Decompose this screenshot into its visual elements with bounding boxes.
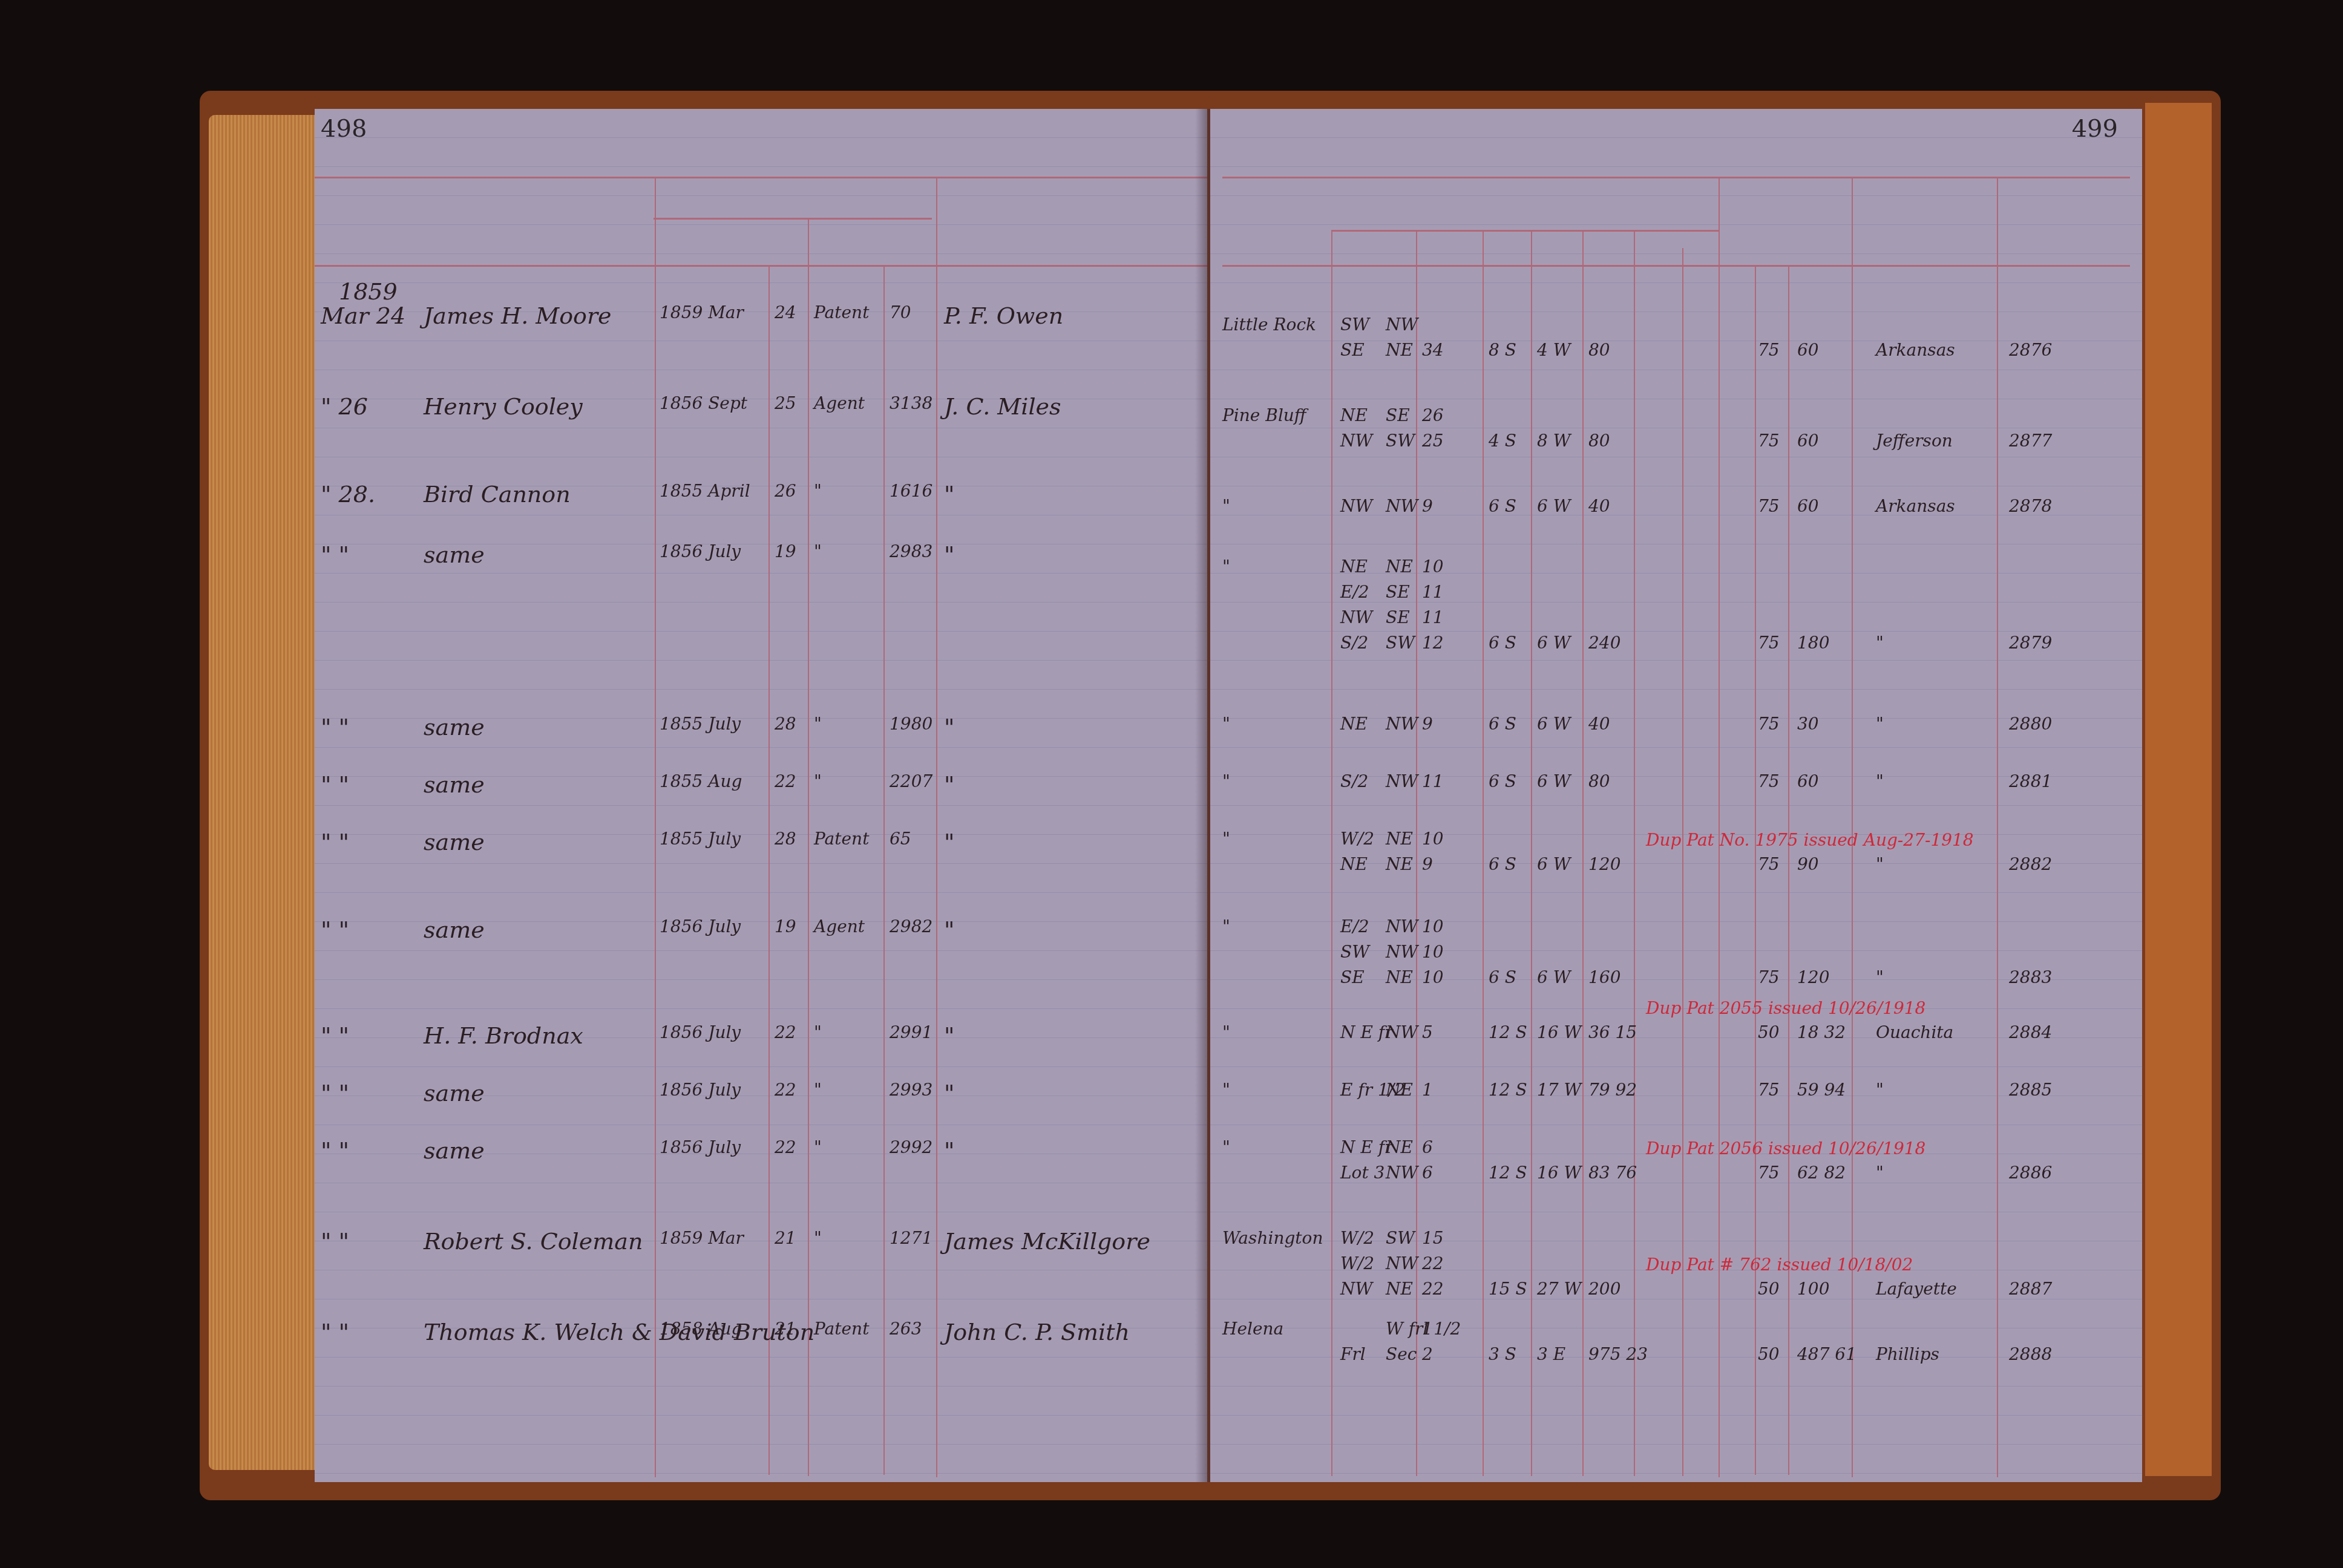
part-of-quarter: NW xyxy=(1340,1279,1372,1299)
acres: 80 xyxy=(1588,340,1610,360)
township: 12 S xyxy=(1489,1080,1527,1100)
quarter: SE xyxy=(1386,582,1410,602)
entry-day: 28 xyxy=(775,714,796,734)
land-office: Pine Bluff xyxy=(1222,405,1306,425)
duplicate-patent-note: Dup Pat 2055 issued 10/26/1918 xyxy=(1646,998,1925,1018)
amount: 18 32 xyxy=(1797,1022,1846,1042)
quarter: NE xyxy=(1386,557,1413,577)
range: 6 W xyxy=(1537,496,1571,516)
entry-date: " " xyxy=(321,1080,349,1106)
entry-number: 3138 xyxy=(890,393,932,413)
entry-number: 2982 xyxy=(890,916,932,936)
part-of-quarter: S/2 xyxy=(1340,771,1368,791)
certificate-number: 2886 xyxy=(2009,1163,2052,1183)
county: " xyxy=(1876,771,1884,791)
section: 10 xyxy=(1422,942,1444,962)
amount: 100 xyxy=(1797,1279,1829,1299)
entry-number: 2207 xyxy=(890,771,932,791)
section: 6 xyxy=(1422,1137,1433,1157)
section: 5 xyxy=(1422,1022,1433,1042)
column-rule xyxy=(1719,177,1720,1477)
entry-number: 1271 xyxy=(890,1228,932,1248)
certificate-number: 2879 xyxy=(2009,633,2052,653)
range: 27 W xyxy=(1537,1279,1581,1299)
range: 6 W xyxy=(1537,854,1571,874)
acres: 200 xyxy=(1588,1279,1620,1299)
entry-number: 65 xyxy=(890,829,911,849)
amount: 90 xyxy=(1797,854,1819,874)
certificate-number: 2883 xyxy=(2009,967,2052,987)
section: 9 xyxy=(1422,854,1433,874)
quarter: NW xyxy=(1386,1022,1418,1042)
acres: 83 76 xyxy=(1588,1163,1637,1183)
quarter: NW xyxy=(1386,1253,1418,1273)
quarter: NE xyxy=(1386,967,1413,987)
entrant-name: same xyxy=(424,1137,485,1164)
certificate-number: 2887 xyxy=(2009,1279,2052,1299)
agent-name: J. C. Miles xyxy=(944,393,1061,420)
rate-cents: 75 xyxy=(1758,967,1780,987)
column-rule xyxy=(808,218,809,1476)
part-of-quarter: E/2 xyxy=(1340,916,1369,936)
column-rule xyxy=(1331,230,1332,1476)
column-rule xyxy=(1483,230,1484,1476)
entrant-name: same xyxy=(424,541,485,568)
county: Jefferson xyxy=(1876,431,1953,451)
township: 8 S xyxy=(1489,340,1516,360)
entrant-name: Robert S. Coleman xyxy=(424,1228,643,1255)
section: 26 xyxy=(1422,405,1444,425)
part-of-quarter: NW xyxy=(1340,607,1372,627)
township: 6 S xyxy=(1489,967,1516,987)
entrant-name: same xyxy=(424,829,485,855)
part-of-quarter: W/2 xyxy=(1340,1228,1374,1248)
quarter: NW xyxy=(1386,315,1418,335)
township: 12 S xyxy=(1489,1022,1527,1042)
township: 12 S xyxy=(1489,1163,1527,1183)
entry-day: 21 xyxy=(775,1319,796,1339)
entry-day: 28 xyxy=(775,829,796,849)
column-rule xyxy=(936,177,937,1477)
entrant-name: Thomas K. Welch & David Bruton xyxy=(424,1319,814,1345)
rate-cents: 75 xyxy=(1758,496,1780,516)
entry-date: " " xyxy=(321,829,349,855)
county: " xyxy=(1876,854,1884,874)
section: 22 xyxy=(1422,1253,1444,1273)
entry-year-month: 1856 July xyxy=(660,1080,741,1100)
range: 17 W xyxy=(1537,1080,1581,1100)
range: 16 W xyxy=(1537,1163,1581,1183)
entry-kind: " xyxy=(814,481,822,501)
agent-name: James McKillgore xyxy=(944,1228,1150,1255)
entry-kind: Patent xyxy=(814,1319,869,1339)
entry-date: " " xyxy=(321,1228,349,1255)
entry-kind: " xyxy=(814,541,822,561)
amount: 60 xyxy=(1797,431,1819,451)
entry-kind: Agent xyxy=(814,916,865,936)
entry-year-month: 1859 Mar xyxy=(660,302,744,322)
section: 15 xyxy=(1422,1228,1444,1248)
part-of-quarter: NE xyxy=(1340,714,1368,734)
section: 10 xyxy=(1422,557,1444,577)
part-of-quarter: SW xyxy=(1340,315,1369,335)
column-rule xyxy=(1788,265,1789,1475)
quarter: NE xyxy=(1386,1137,1413,1157)
amount: 62 82 xyxy=(1797,1163,1846,1183)
quarter: NE xyxy=(1386,1279,1413,1299)
rate-cents: 75 xyxy=(1758,771,1780,791)
part-of-quarter: NE xyxy=(1340,405,1368,425)
county: Ouachita xyxy=(1876,1022,1953,1042)
quarter: Sec xyxy=(1386,1344,1417,1364)
header-rule xyxy=(1331,230,1719,232)
entry-date: " 26 xyxy=(321,393,368,420)
column-rule xyxy=(883,265,885,1475)
entry-day: 25 xyxy=(775,393,796,413)
acres: 120 xyxy=(1588,854,1620,874)
entry-kind: Agent xyxy=(814,393,865,413)
quarter: SE xyxy=(1386,607,1410,627)
entry-date: " " xyxy=(321,1319,349,1345)
entry-day: 26 xyxy=(775,481,796,501)
part-of-quarter: NE xyxy=(1340,557,1368,577)
range: 3 E xyxy=(1537,1344,1565,1364)
entry-number: 70 xyxy=(890,302,911,322)
entry-year-month: 1859 Mar xyxy=(660,1228,744,1248)
entry-year-month: 1856 July xyxy=(660,541,741,561)
part-of-quarter: SE xyxy=(1340,340,1365,360)
land-office: Helena xyxy=(1222,1319,1283,1339)
entrant-name: Henry Cooley xyxy=(424,393,583,420)
range: 16 W xyxy=(1537,1022,1581,1042)
quarter: NW xyxy=(1386,771,1418,791)
rate-cents: 75 xyxy=(1758,340,1780,360)
amount: 120 xyxy=(1797,967,1829,987)
entry-date: " " xyxy=(321,714,349,740)
township: 4 S xyxy=(1489,431,1516,451)
entry-kind: " xyxy=(814,1137,822,1157)
part-of-quarter: NE xyxy=(1340,854,1368,874)
part-of-quarter: Frl xyxy=(1340,1344,1366,1364)
entrant-name: same xyxy=(424,916,485,943)
amount: 60 xyxy=(1797,771,1819,791)
land-office: " xyxy=(1222,714,1230,734)
land-office: " xyxy=(1222,557,1230,577)
agent-name: " xyxy=(944,1080,954,1106)
section: 9 xyxy=(1422,714,1433,734)
agent-name: " xyxy=(944,771,954,798)
agent-name: P. F. Owen xyxy=(944,302,1063,329)
certificate-number: 2888 xyxy=(2009,1344,2052,1364)
entry-day: 22 xyxy=(775,1022,796,1042)
county: " xyxy=(1876,1163,1884,1183)
duplicate-patent-note: Dup Pat # 762 issued 10/18/02 xyxy=(1646,1255,1913,1275)
entrant-name: same xyxy=(424,771,485,798)
header-rule xyxy=(654,218,932,220)
entry-year-month: 1856 July xyxy=(660,1022,741,1042)
certificate-number: 2877 xyxy=(2009,431,2052,451)
entry-year-month: 1855 July xyxy=(660,714,741,734)
rate-cents: 50 xyxy=(1758,1279,1780,1299)
land-office: " xyxy=(1222,916,1230,936)
section: 6 xyxy=(1422,1163,1433,1183)
certificate-number: 2885 xyxy=(2009,1080,2052,1100)
range: 6 W xyxy=(1537,633,1571,653)
rate-cents: 75 xyxy=(1758,854,1780,874)
entry-day: 22 xyxy=(775,771,796,791)
quarter: SW xyxy=(1386,431,1415,451)
rate-cents: 75 xyxy=(1758,1163,1780,1183)
entry-kind: " xyxy=(814,1022,822,1042)
section: 25 xyxy=(1422,431,1444,451)
range: 6 W xyxy=(1537,771,1571,791)
entrant-name: same xyxy=(424,1080,485,1106)
entrant-name: James H. Moore xyxy=(424,302,612,329)
agent-name: John C. P. Smith xyxy=(944,1319,1130,1345)
page-number: 499 xyxy=(2072,115,2118,143)
quarter: NE xyxy=(1386,829,1413,849)
amount: 59 94 xyxy=(1797,1080,1846,1100)
certificate-number: 2878 xyxy=(2009,496,2052,516)
entry-number: 2983 xyxy=(890,541,932,561)
entry-year-month: 1856 July xyxy=(660,1137,741,1157)
quarter: NE xyxy=(1386,1080,1413,1100)
section: 22 xyxy=(1422,1279,1444,1299)
entry-kind: " xyxy=(814,714,822,734)
agent-name: " xyxy=(944,1137,954,1164)
part-of-quarter: NW xyxy=(1340,431,1372,451)
column-rule xyxy=(1634,230,1635,1476)
rate-cents: 75 xyxy=(1758,714,1780,734)
quarter: NW xyxy=(1386,942,1418,962)
entry-number: 1980 xyxy=(890,714,932,734)
land-office: " xyxy=(1222,771,1230,791)
range: 6 W xyxy=(1537,967,1571,987)
land-office: Washington xyxy=(1222,1228,1323,1248)
duplicate-patent-note: Dup Pat 2056 issued 10/26/1918 xyxy=(1646,1138,1925,1158)
part-of-quarter: SE xyxy=(1340,967,1365,987)
entry-kind: Patent xyxy=(814,829,869,849)
rate-cents: 50 xyxy=(1758,1344,1780,1364)
right-page: 499 Little RockSWNWSENE348 S4 W807560Ark… xyxy=(1210,109,2142,1482)
header-rule xyxy=(315,177,1207,178)
header-rule xyxy=(1222,177,2130,178)
township: 6 S xyxy=(1489,496,1516,516)
certificate-number: 2882 xyxy=(2009,854,2052,874)
section: 10 xyxy=(1422,967,1444,987)
quarter: NW xyxy=(1386,496,1418,516)
section: 10 xyxy=(1422,829,1444,849)
column-rule xyxy=(1852,177,1853,1477)
part-of-quarter: NW xyxy=(1340,496,1372,516)
township: 3 S xyxy=(1489,1344,1516,1364)
section: 12 xyxy=(1422,633,1444,653)
range: 6 W xyxy=(1537,714,1571,734)
entry-number: 2993 xyxy=(890,1080,932,1100)
entry-kind: " xyxy=(814,1228,822,1248)
page-block-edge xyxy=(209,115,330,1470)
county: Arkansas xyxy=(1876,340,1955,360)
township: 6 S xyxy=(1489,854,1516,874)
county: Arkansas xyxy=(1876,496,1955,516)
entry-date: " " xyxy=(321,1137,349,1164)
amount: 180 xyxy=(1797,633,1829,653)
entry-year-month: 1856 July xyxy=(660,916,741,936)
entry-year-month: 1858 Aug xyxy=(660,1319,742,1339)
acres: 40 xyxy=(1588,496,1610,516)
part-of-quarter: E/2 xyxy=(1340,582,1369,602)
certificate-number: 2876 xyxy=(2009,340,2052,360)
certificate-number: 2884 xyxy=(2009,1022,2052,1042)
county: " xyxy=(1876,633,1884,653)
quarter: NW xyxy=(1386,916,1418,936)
entrant-name: same xyxy=(424,714,485,740)
county: " xyxy=(1876,967,1884,987)
amount: 30 xyxy=(1797,714,1819,734)
county: Lafayette xyxy=(1876,1279,1957,1299)
entry-day: 19 xyxy=(775,916,796,936)
quarter: SW xyxy=(1386,633,1415,653)
certificate-number: 2881 xyxy=(2009,771,2052,791)
entry-year-month: 1855 April xyxy=(660,481,750,501)
township: 15 S xyxy=(1489,1279,1527,1299)
acres: 36 15 xyxy=(1588,1022,1637,1042)
entry-year-month: 1855 Aug xyxy=(660,771,742,791)
section: 1 xyxy=(1422,1319,1433,1339)
quarter: NE xyxy=(1386,854,1413,874)
quarter: SE xyxy=(1386,405,1410,425)
part-of-quarter: N E fr xyxy=(1340,1022,1393,1042)
certificate-number: 2880 xyxy=(2009,714,2052,734)
township: 6 S xyxy=(1489,633,1516,653)
land-office: " xyxy=(1222,1137,1230,1157)
township: 6 S xyxy=(1489,714,1516,734)
agent-name: " xyxy=(944,714,954,740)
entry-date: " 28. xyxy=(321,481,375,508)
entry-day: 21 xyxy=(775,1228,796,1248)
rate-cents: 50 xyxy=(1758,1022,1780,1042)
entry-date: " " xyxy=(321,541,349,568)
section: 11 xyxy=(1422,771,1444,791)
column-rule xyxy=(1582,230,1584,1476)
column-rule xyxy=(655,177,656,1477)
amount: 487 61 xyxy=(1797,1344,1856,1364)
entrant-name: H. F. Brodnax xyxy=(424,1022,583,1049)
quarter: NE xyxy=(1386,340,1413,360)
section: 2 xyxy=(1422,1344,1433,1364)
acres: 160 xyxy=(1588,967,1620,987)
column-rule xyxy=(1682,248,1683,1476)
land-office: Little Rock xyxy=(1222,315,1316,335)
entry-number: 263 xyxy=(890,1319,922,1339)
acres: 240 xyxy=(1588,633,1620,653)
entry-number: 2992 xyxy=(890,1137,932,1157)
entry-date: " " xyxy=(321,771,349,798)
section: 34 xyxy=(1422,340,1444,360)
part-of-quarter: S/2 xyxy=(1340,633,1368,653)
county: " xyxy=(1876,714,1884,734)
agent-name: " xyxy=(944,481,954,508)
duplicate-patent-note: Dup Pat No. 1975 issued Aug-27-1918 xyxy=(1646,830,1974,850)
acres: 79 92 xyxy=(1588,1080,1637,1100)
page-number: 498 xyxy=(321,115,367,143)
range: 4 W xyxy=(1537,340,1571,360)
header-rule xyxy=(315,265,1207,267)
acres: 80 xyxy=(1588,431,1610,451)
township: 6 S xyxy=(1489,771,1516,791)
column-rule xyxy=(768,265,770,1475)
quarter: SW xyxy=(1386,1228,1415,1248)
part-of-quarter: Lot 3 xyxy=(1340,1163,1384,1183)
entry-year-month: 1855 July xyxy=(660,829,741,849)
land-office: " xyxy=(1222,1022,1230,1042)
amount: 60 xyxy=(1797,340,1819,360)
rate-cents: 75 xyxy=(1758,1080,1780,1100)
entry-date: " " xyxy=(321,1022,349,1049)
amount: 60 xyxy=(1797,496,1819,516)
part-of-quarter: W/2 xyxy=(1340,829,1374,849)
entry-year-month: 1856 Sept xyxy=(660,393,747,413)
rate-cents: 75 xyxy=(1758,633,1780,653)
entry-day: 19 xyxy=(775,541,796,561)
range: 8 W xyxy=(1537,431,1571,451)
column-rule xyxy=(1997,177,1998,1477)
agent-name: " xyxy=(944,1022,954,1049)
entry-date: " " xyxy=(321,916,349,943)
county: " xyxy=(1876,1080,1884,1100)
column-rule xyxy=(1416,230,1417,1476)
section: 10 xyxy=(1422,916,1444,936)
section: 9 xyxy=(1422,496,1433,516)
acres: 975 23 xyxy=(1588,1344,1648,1364)
left-page: 498 1859 Mar 24James H. Moore1859 Mar24P… xyxy=(315,109,1207,1482)
column-rule xyxy=(1755,265,1756,1475)
agent-name: " xyxy=(944,916,954,943)
column-rule xyxy=(1531,230,1532,1476)
agent-name: " xyxy=(944,541,954,568)
entry-kind: Patent xyxy=(814,302,869,322)
entry-day: 22 xyxy=(775,1080,796,1100)
entry-day: 22 xyxy=(775,1137,796,1157)
entry-date: Mar 24 xyxy=(321,302,405,329)
quarter: NW xyxy=(1386,714,1418,734)
entry-number: 1616 xyxy=(890,481,932,501)
section: 11 xyxy=(1422,582,1444,602)
year-heading: 1859 xyxy=(339,278,398,305)
agent-name: " xyxy=(944,829,954,855)
cover-edge-right xyxy=(2145,103,2212,1476)
county: Phillips xyxy=(1876,1344,1939,1364)
rate-cents: 75 xyxy=(1758,431,1780,451)
entry-day: 24 xyxy=(775,302,796,322)
entry-number: 2991 xyxy=(890,1022,932,1042)
section: 11 xyxy=(1422,607,1444,627)
entry-kind: " xyxy=(814,1080,822,1100)
land-office: " xyxy=(1222,829,1230,849)
acres: 40 xyxy=(1588,714,1610,734)
land-office: " xyxy=(1222,496,1230,516)
entry-kind: " xyxy=(814,771,822,791)
section: 1 xyxy=(1422,1080,1433,1100)
acres: 80 xyxy=(1588,771,1610,791)
part-of-quarter: SW xyxy=(1340,942,1369,962)
part-of-quarter: W/2 xyxy=(1340,1253,1374,1273)
quarter: NW xyxy=(1386,1163,1418,1183)
header-rule xyxy=(1222,265,2130,267)
entrant-name: Bird Cannon xyxy=(424,481,571,508)
part-of-quarter: N E fr xyxy=(1340,1137,1393,1157)
land-office: " xyxy=(1222,1080,1230,1100)
